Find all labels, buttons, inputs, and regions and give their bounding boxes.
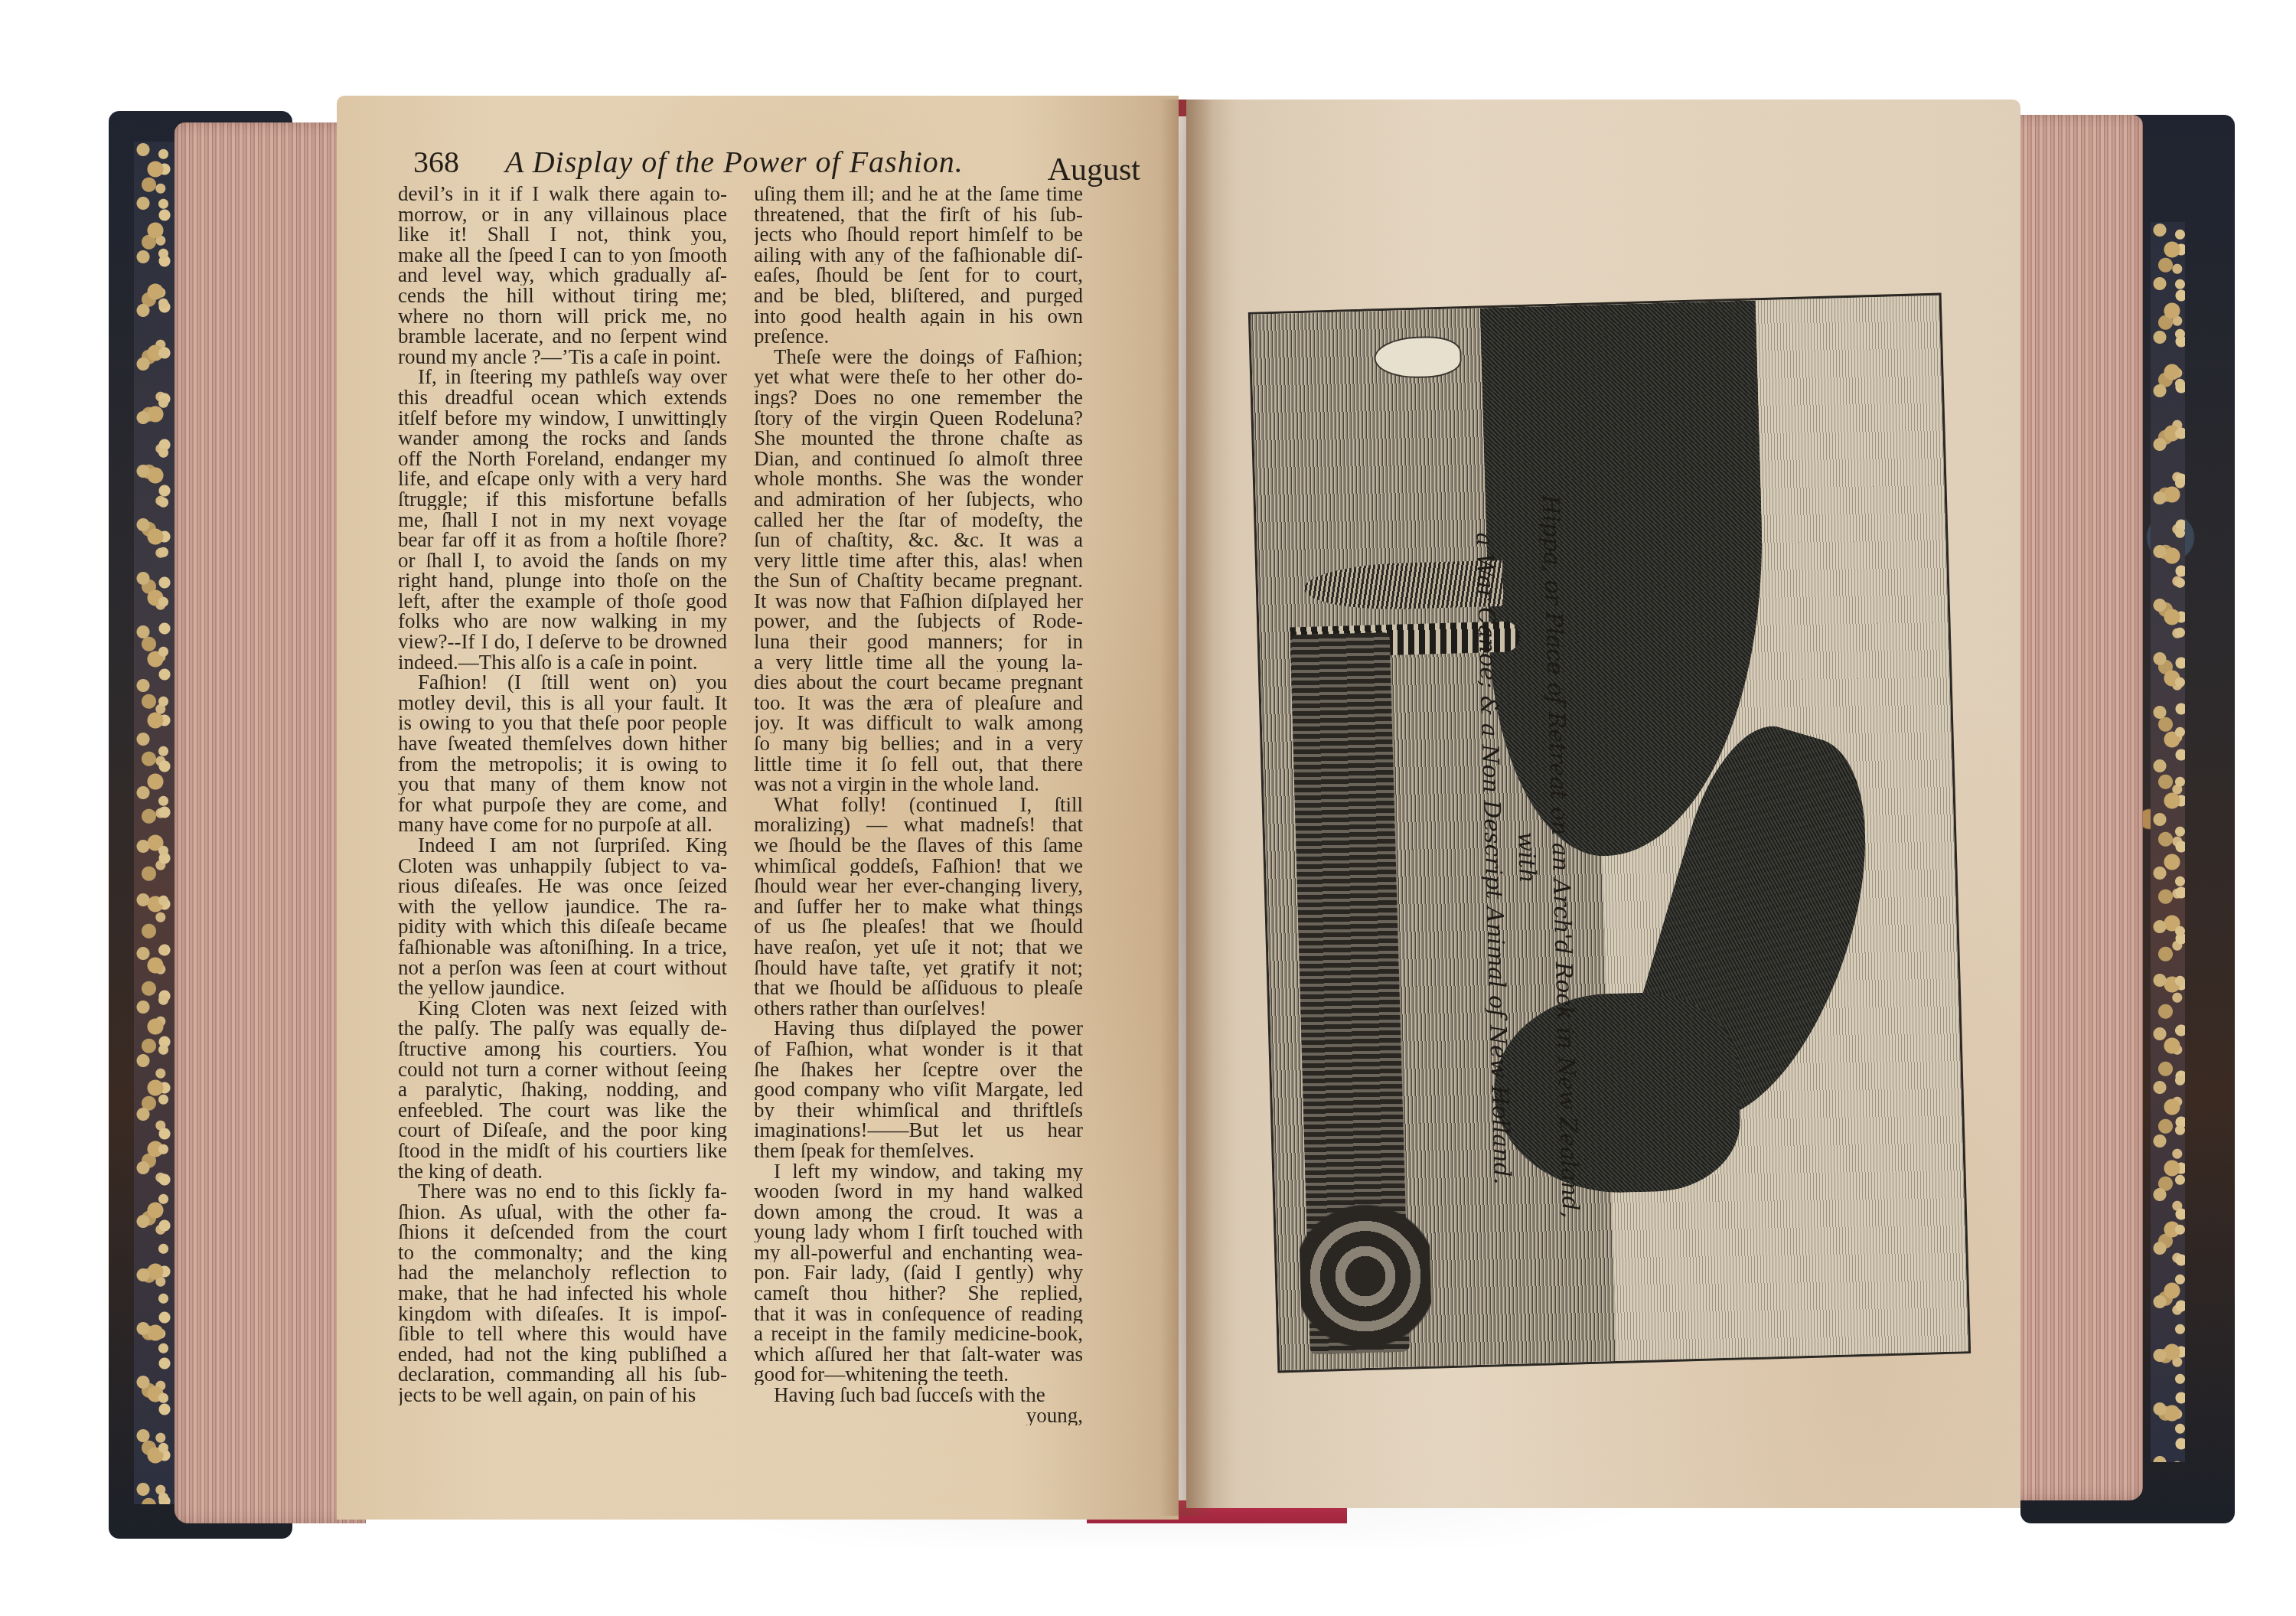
text-column-1: devil’s in it if I walk there again to-m… (398, 184, 727, 1405)
text-line: you that many of them know not (398, 774, 727, 795)
text-line: life, and eſcape only with a very hard (398, 468, 727, 489)
text-line: She mounted the throne chaſte as (754, 428, 1083, 449)
text-line: was not a virgin in the whole land. (754, 774, 1083, 795)
text-line: threatened, that the firſt of his ſub- (754, 204, 1083, 225)
text-line: off the North Foreland, endanger my (398, 449, 727, 469)
text-line: and be bled, bliſtered, and purged (754, 286, 1083, 306)
text-line: young lady whom I firſt touched with (754, 1222, 1083, 1242)
text-line: of us ſhe pleaſes! that we ſhould (754, 916, 1083, 937)
text-line: called her the ſtar of modeſty, the (754, 510, 1083, 531)
text-line: by their whimſical and thriftleſs (754, 1100, 1083, 1121)
text-line: whole months. She was the wonder (754, 468, 1083, 489)
text-line: of Faſhion, what wonder is it that (754, 1039, 1083, 1059)
text-line: where no thorn will prick me, no (398, 306, 727, 327)
text-line: indeed.—This alſo is a caſe in point. (398, 652, 727, 673)
text-line: I left my window, and taking my (754, 1161, 1083, 1182)
text-line: court of Diſeaſe, and the poor king (398, 1120, 727, 1141)
text-line: them ſpeak for themſelves. (754, 1141, 1083, 1161)
text-line: ſhould have taſte, yet gratify it not; (754, 958, 1083, 978)
text-line: is owing to you that theſe poor people (398, 713, 727, 733)
page-number: 368 (413, 144, 459, 180)
left-marbled-endpaper (134, 142, 180, 1504)
engraving-plate (1248, 293, 1971, 1373)
text-line: ſtory of the virgin Queen Rodeluna? (754, 408, 1083, 429)
text-line: little time it ſo fell out, that there (754, 754, 1083, 775)
text-line: Cloten was unhappily ſubject to va- (398, 856, 727, 877)
text-line: and level way, which gradually aſ- (398, 265, 727, 286)
text-line: had the melancholy reflection to (398, 1262, 727, 1283)
text-line: enfeebled. The court was like the (398, 1100, 727, 1121)
text-line: It was now that Faſhion diſplayed her (754, 591, 1083, 612)
text-line: not a perſon was ſeen at court without (398, 958, 727, 978)
text-line: into good health again in his own (754, 306, 1083, 327)
text-line: Dian, and continued ſo almoſt three (754, 449, 1083, 469)
text-line: ſhe ſhakes her ſceptre over the (754, 1059, 1083, 1080)
text-line: or ſhall I, to avoid the ſands on my (398, 550, 727, 571)
text-line: the king of death. (398, 1161, 727, 1182)
text-line: yet what were theſe to her other do- (754, 367, 1083, 387)
text-line: to the commonalty; and the king (398, 1242, 727, 1263)
right-marbled-endpaper (2151, 222, 2185, 1462)
text-line: King Cloten was next ſeized with (398, 998, 727, 1019)
text-line: dies about the court became pregnant (754, 672, 1083, 693)
text-line: good for—whitening the teeth. (754, 1364, 1083, 1385)
text-line: for what purpoſe they are come, and (398, 795, 727, 815)
text-line: morrow, or in any villainous place (398, 204, 727, 225)
text-line: a very little time all the young la- (754, 652, 1083, 673)
text-line: power, and the ſubjects of Rode- (754, 611, 1083, 632)
text-line: left, after the example of thoſe good (398, 591, 727, 612)
text-line: others rather than ourſelves! (754, 998, 1083, 1019)
text-line: a receipt in the family medicine-book, (754, 1324, 1083, 1344)
text-line: luna their good manners; for in (754, 632, 1083, 652)
text-line: If, in ſteering my pathleſs way over (398, 367, 727, 387)
text-line: Faſhion! (I ſtill went on) you (398, 672, 727, 693)
text-line: pon. Fair lady, (ſaid I gently) why (754, 1262, 1083, 1283)
text-line: ailing with any of the faſhionable diſ- (754, 245, 1083, 266)
carved-prow (1298, 1198, 1433, 1355)
text-line: Having thus diſplayed the power (754, 1018, 1083, 1039)
text-line: jects to be well again, on pain of his (398, 1385, 727, 1405)
text-line: make, that he had infected his whole (398, 1283, 727, 1304)
text-line: There was no end to this ſickly fa- (398, 1181, 727, 1202)
text-line: ſo many big bellies; and in a very (754, 733, 1083, 754)
text-line: wooden ſword in my hand walked (754, 1181, 1083, 1202)
text-line: the Sun of Chaſtity became pregnant. (754, 570, 1083, 591)
text-line: folks who are now walking in my (398, 611, 727, 632)
text-line: Theſe were the doings of Faſhion; (754, 347, 1083, 367)
text-line: jects who ſhould report himſelf to be (754, 224, 1083, 245)
text-line: uſing them ill; and he at the ſame time (754, 184, 1083, 204)
text-line: cameſt thou hither? She replied, (754, 1283, 1083, 1304)
text-line: with the yellow jaundice. The ra- (398, 896, 727, 917)
running-title: A Display of the Power of Fashion. (505, 144, 964, 180)
text-line: bear far off it as from a hoſtile ſhore? (398, 530, 727, 550)
text-line: the yellow jaundice. (398, 978, 727, 998)
text-line: joy. It was difficult to walk among (754, 713, 1083, 733)
text-line: wander among the rocks and ſands (398, 428, 727, 449)
text-line: eaſes, ſhould be ſent for to court, (754, 265, 1083, 286)
text-line: ſhion. As uſual, with the other fa- (398, 1202, 727, 1223)
text-line: faſhionable was aſtoniſhing. In a trice, (398, 937, 727, 958)
text-line: imaginations!——But let us hear (754, 1120, 1083, 1141)
text-line: right hand, plunge into thoſe on the (398, 570, 727, 591)
text-line: pidity with which this diſeaſe became (398, 916, 727, 937)
text-line: which aſſured her that ſalt-water was (754, 1344, 1083, 1365)
text-line: down among the croud. It was a (754, 1202, 1083, 1223)
text-line: ſible to tell where this would have (398, 1324, 727, 1344)
text-line: too. It was the æra of pleaſure and (754, 693, 1083, 713)
text-line: that it was in conſequence of reading (754, 1304, 1083, 1324)
text-line: Having ſuch bad ſucceſs with the (754, 1385, 1083, 1405)
text-line: ſtood in the midſt of his courtiers like (398, 1141, 727, 1161)
running-month: August (1048, 152, 1140, 188)
text-line: ſtruggle; if this misfortune befalls (398, 489, 727, 510)
text-line: we ſhould be the ſlaves of this ſame (754, 835, 1083, 856)
text-line: have reaſon, yet uſe it not; that we (754, 937, 1083, 958)
text-line: What folly! (continued I, ſtill (754, 795, 1083, 815)
text-line: preſence. (754, 326, 1083, 347)
text-line: rious diſeaſes. He was once ſeized (398, 876, 727, 896)
text-line: this dreadful ocean which extends (398, 387, 727, 408)
text-line: bramble lacerate, and no ſerpent wind (398, 326, 727, 347)
text-line: Indeed I am not ſurpriſed. King (398, 835, 727, 856)
text-line: my all-powerful and enchanting wea- (754, 1242, 1083, 1263)
text-line: moralizing) — what madneſs! that (754, 815, 1083, 835)
text-line: ſhould wear her ever-changing livery, (754, 876, 1083, 896)
text-line: itſelf before my window, I unwittingly (398, 408, 727, 429)
running-head: 368 A Display of the Power of Fashion. A… (383, 144, 1140, 182)
text-line: that we ſhould be aſſiduous to pleaſe (754, 978, 1083, 998)
text-line: round my ancle ?—’Tis a caſe in point. (398, 347, 727, 367)
text-line: view?--If I do, I deſerve to be drowned (398, 632, 727, 652)
text-line: make all the ſpeed I can to yon ſmooth (398, 245, 727, 266)
text-line: could not turn a corner without ſeeing (398, 1059, 727, 1080)
book-gutter (1159, 100, 1213, 1516)
text-line: and admiration of her ſubjects, who (754, 489, 1083, 510)
text-line: like it! Shall I not, think you, (398, 224, 727, 245)
text-line: kingdom with diſeaſes. It is impoſ- (398, 1304, 727, 1324)
text-line: me, ſhall I not in my next voyage (398, 510, 727, 531)
text-line: a paralytic, ſhaking, nodding, and (398, 1079, 727, 1100)
text-line: have ſweated themſelves down hither (398, 733, 727, 754)
text-line: ſhions it deſcended from the court (398, 1222, 727, 1242)
catchword: young, (754, 1405, 1083, 1426)
text-line: motley devil, this is all your fault. It (398, 693, 727, 713)
text-column-2: uſing them ill; and he at the ſame timet… (754, 184, 1083, 1425)
text-line: ſtructive among his courtiers. You (398, 1039, 727, 1059)
text-line: cends the hill without tiring me; (398, 286, 727, 306)
text-line: good company who viſit Margate, led (754, 1079, 1083, 1100)
text-line: ſun of chaſtity, &c. &c. It was a (754, 530, 1083, 550)
text-line: devil’s in it if I walk there again to- (398, 184, 727, 204)
text-line: many have come for no purpoſe at all. (398, 815, 727, 835)
text-line: and ſuffer her to make what things (754, 896, 1083, 917)
text-line: declaration, commanding all his ſub- (398, 1364, 727, 1385)
text-line: whimſical goddeſs, Faſhion! that we (754, 856, 1083, 877)
text-line: ings? Does no one remember the (754, 387, 1083, 408)
text-line: the palſy. The palſy was equally de- (398, 1018, 727, 1039)
text-line: ended, had not the king publiſhed a (398, 1344, 727, 1365)
text-line: very little time after this, alas! when (754, 550, 1083, 571)
text-line: from the metropolis; it is owing to (398, 754, 727, 775)
